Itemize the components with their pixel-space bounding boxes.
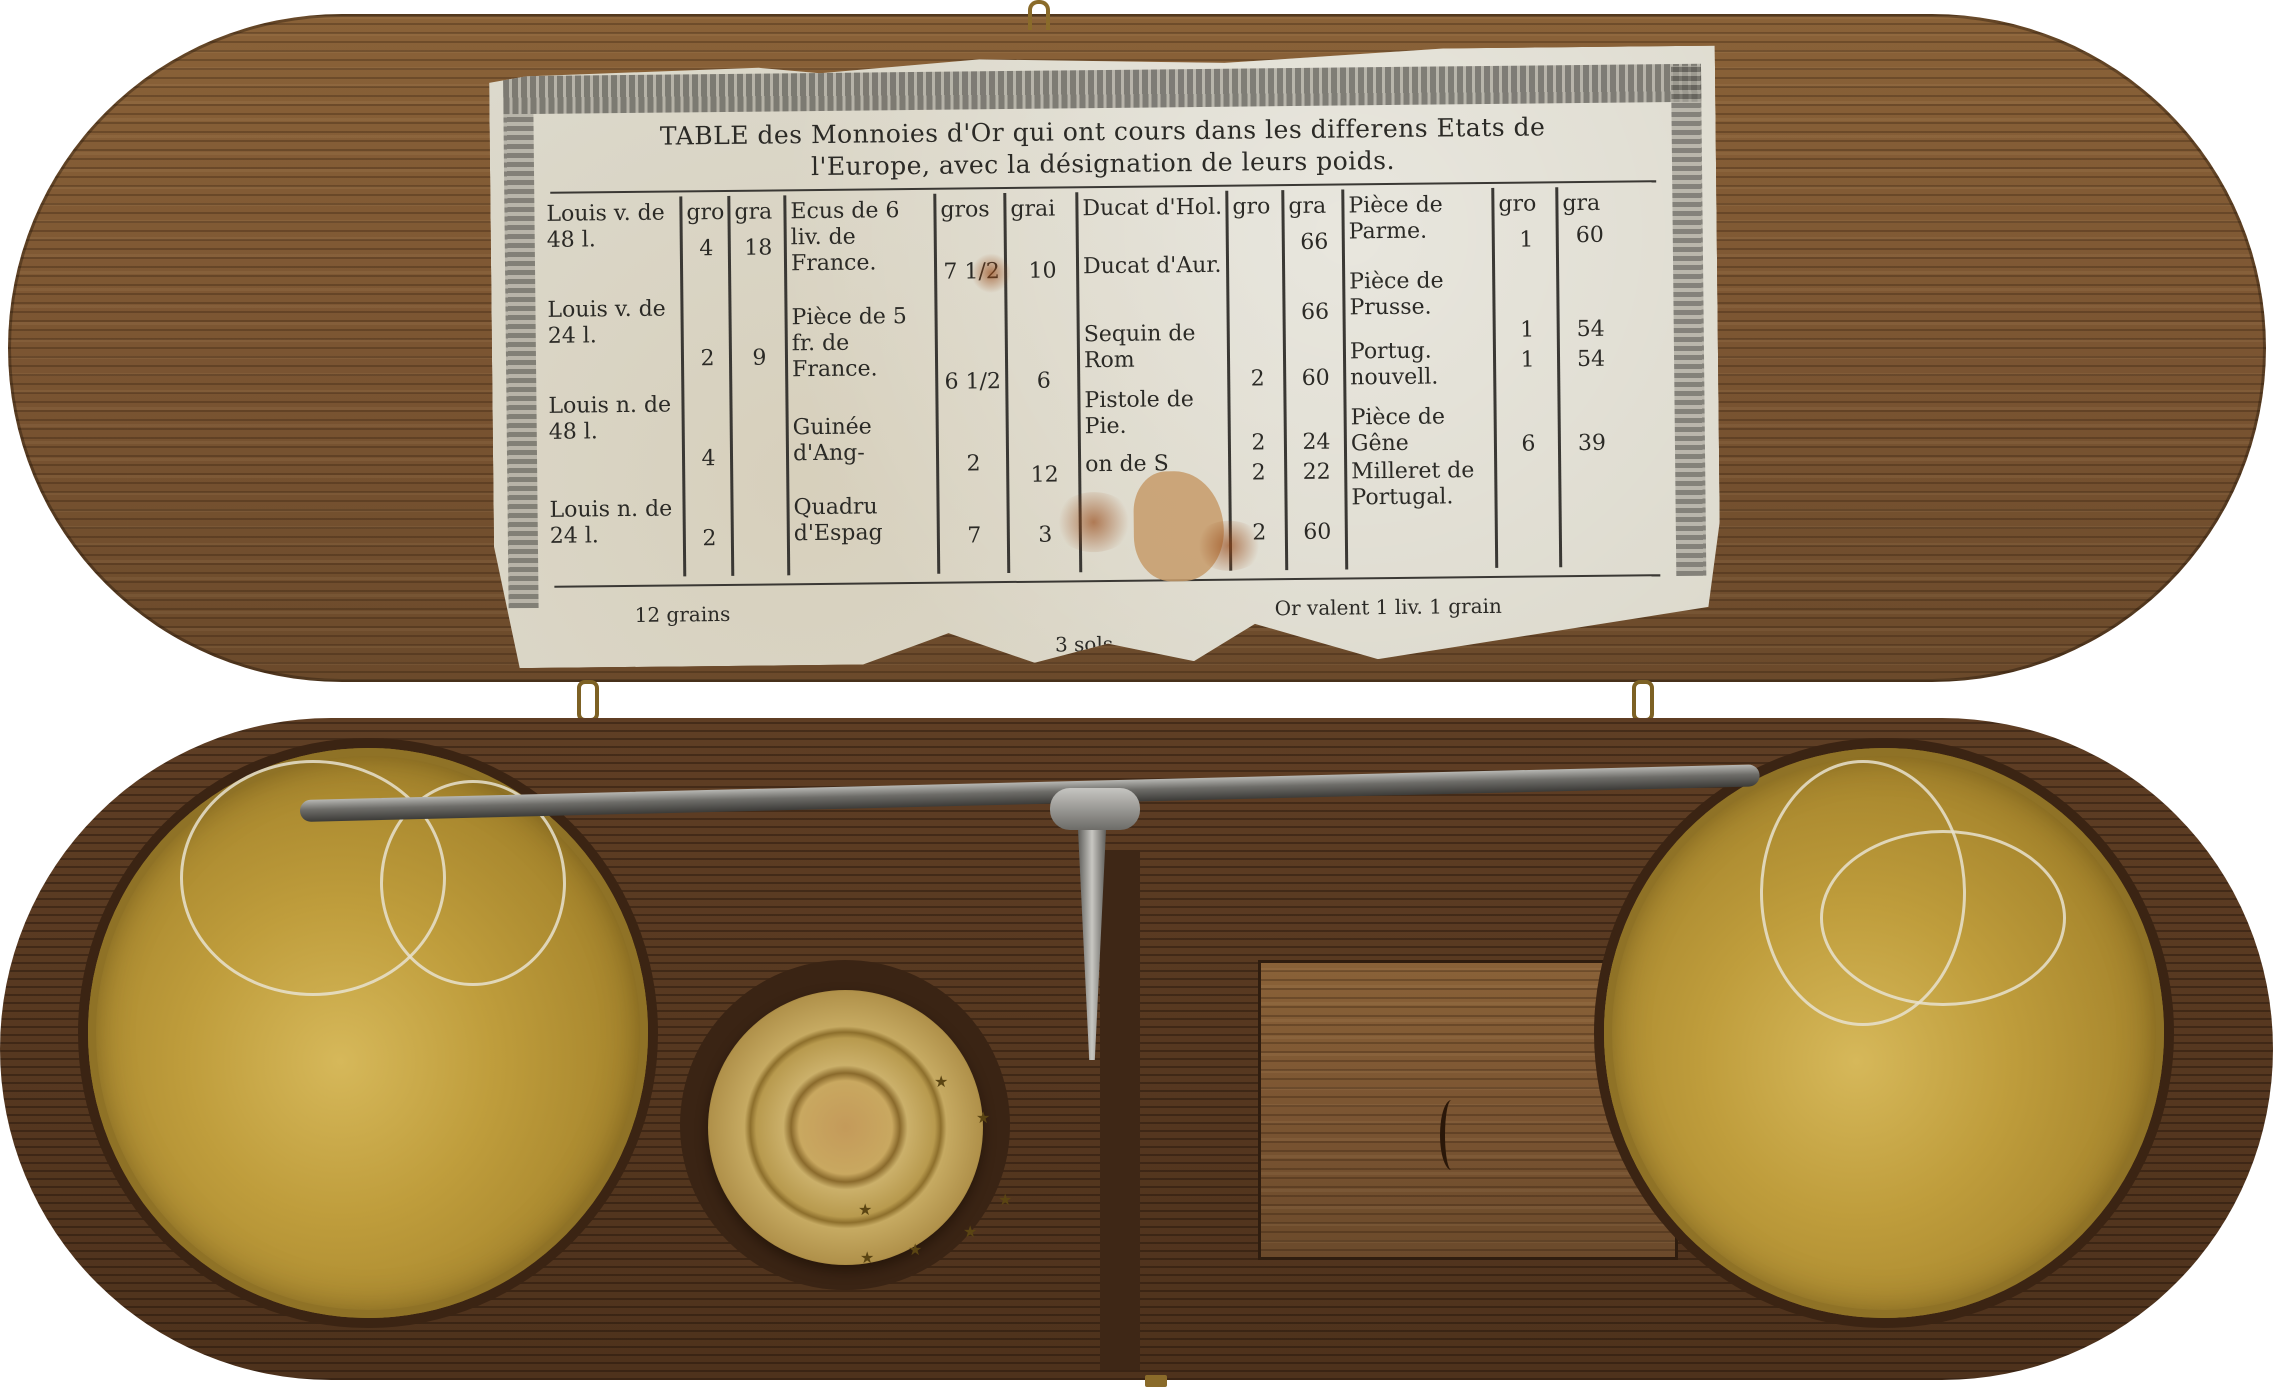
table-cell: 7 [944, 523, 1005, 550]
block-notch [1440, 1100, 1463, 1170]
table-cell: 18 [735, 235, 782, 261]
table-cell: Pièce de Parme. [1348, 192, 1490, 245]
table-column-coins-d: Pièce de Parme. Pièce de Prusse. Portug.… [1344, 188, 1498, 570]
table-cell: Pièce de 5 fr. de France. [791, 304, 933, 383]
star-mark-icon: ★ [934, 1072, 948, 1091]
table-cell: Louis n. de 48 l. [548, 392, 680, 445]
star-mark-icon: ★ [963, 1222, 977, 1241]
table-cell: 2 [943, 451, 1004, 478]
label-border-top [503, 64, 1701, 115]
table-cell: 22 [1291, 460, 1342, 487]
table-cell: Milleret de Portugal. [1351, 458, 1493, 511]
table-cell: 4 [689, 446, 728, 472]
table-column-gra-d: gra 60 54 54 39 [1558, 187, 1622, 568]
label-footer-rule [554, 574, 1660, 588]
star-mark-icon: ★ [976, 1108, 990, 1127]
hinge-right [1632, 680, 1654, 722]
star-mark-icon: ★ [858, 1200, 872, 1219]
beam-pivot [1050, 788, 1140, 830]
table-column-gro-d: gro 1 1 1 6 [1494, 187, 1562, 568]
table-header: gros [940, 197, 1001, 224]
table-column-coins-b: Ecus de 6 liv. de France. Pièce de 5 fr.… [786, 194, 940, 576]
table-cell: 2 [688, 346, 727, 372]
table-cell: 2 [1234, 366, 1281, 392]
table-cell: 2 [1235, 460, 1282, 486]
table-cell: Louis v. de 48 l. [546, 200, 678, 253]
table-cell: 4 [687, 236, 726, 262]
table-column-gro-c: gro 2 2 2 2 [1228, 190, 1288, 571]
star-mark-icon: ★ [998, 1190, 1012, 1209]
table-header: gro [1232, 194, 1279, 220]
table-cell: Louis n. de 24 l. [549, 496, 681, 549]
table-cell: 6 [1012, 368, 1075, 395]
table-header: gra [1562, 191, 1616, 218]
table-cell: 60 [1290, 366, 1341, 393]
table-header: gra [734, 199, 781, 225]
table-cell: 12 [1013, 462, 1076, 489]
table-cell: 24 [1291, 430, 1342, 457]
table-cell: 1 [1500, 317, 1555, 344]
label-footer-right: Or valent 1 liv. 1 grain [1275, 594, 1502, 620]
table-cell: Pièce de Gêne [1351, 404, 1493, 457]
table-cell: Guinée d'Ang- [793, 414, 935, 467]
table-cell: Ecus de 6 liv. de France. [790, 198, 932, 277]
table-header: grai [1010, 196, 1073, 223]
table-cell: 66 [1289, 300, 1340, 327]
rust-stain [971, 253, 1011, 293]
table-cell: Sequin de Rom [1084, 321, 1226, 374]
table-cell: 2 [1235, 430, 1282, 456]
table-cell: 10 [1011, 258, 1074, 285]
table-cell: Ducat d'Hol. [1082, 195, 1223, 222]
table-cell: Pièce de Prusse. [1349, 268, 1491, 321]
table-column-gros-b: gros 7 1/2 6 1/2 2 7 [936, 193, 1010, 574]
table-column-gra-a: gra 18 9 [730, 195, 790, 576]
table-header: gra [1288, 194, 1339, 221]
table-cell: Pistole de Pie. [1084, 387, 1226, 440]
table-cell: 6 1/2 [942, 369, 1003, 396]
table-cell: 66 [1289, 230, 1340, 257]
table-cell: Ducat d'Aur. [1083, 253, 1224, 280]
table-column-coins-a: Louis v. de 48 l. Louis v. de 24 l. Loui… [542, 196, 686, 577]
table-cell: Portug. nouvell. [1350, 338, 1492, 391]
label-border-left [503, 114, 538, 608]
table-cell: 6 [1501, 431, 1556, 458]
coin-table-label: TABLE des Monnoies d'Or qui ont cours da… [489, 46, 1721, 669]
table-header: gro [686, 200, 725, 226]
hinge-left [577, 680, 599, 722]
table-cell: 60 [1563, 223, 1617, 250]
table-cell: Quadru d'Espag [793, 494, 935, 547]
table-cell: 9 [736, 345, 783, 371]
table-cell: 54 [1564, 347, 1618, 374]
lid-hook [1028, 0, 1050, 30]
star-mark-icon: ★ [860, 1248, 874, 1267]
table-cell: 54 [1564, 317, 1618, 344]
label-title: TABLE des Monnoies d'Or qui ont cours da… [550, 110, 1657, 186]
case-clasp[interactable] [1145, 1375, 1167, 1387]
table-cell: 2 [690, 526, 729, 552]
table-cell: 1 [1500, 347, 1555, 374]
pointer-slot [1100, 850, 1140, 1370]
table-column-gro-a: gro 4 2 4 2 [682, 196, 734, 576]
table-cell: 1 [1499, 227, 1554, 254]
label-footer-left: 12 grains [635, 602, 731, 627]
table-cell: 60 [1292, 520, 1343, 547]
nested-cup-weights[interactable]: ★ ★ ★ ★ ★ ★ ★ [708, 990, 983, 1265]
table-header: gro [1498, 191, 1553, 218]
star-mark-icon: ★ [908, 1240, 922, 1259]
table-column-gra-c: gra 66 66 60 24 22 60 [1284, 189, 1348, 570]
table-cell: Louis v. de 24 l. [547, 296, 679, 349]
pan-string-right [1820, 830, 2066, 1006]
table-cell: 39 [1565, 431, 1619, 458]
